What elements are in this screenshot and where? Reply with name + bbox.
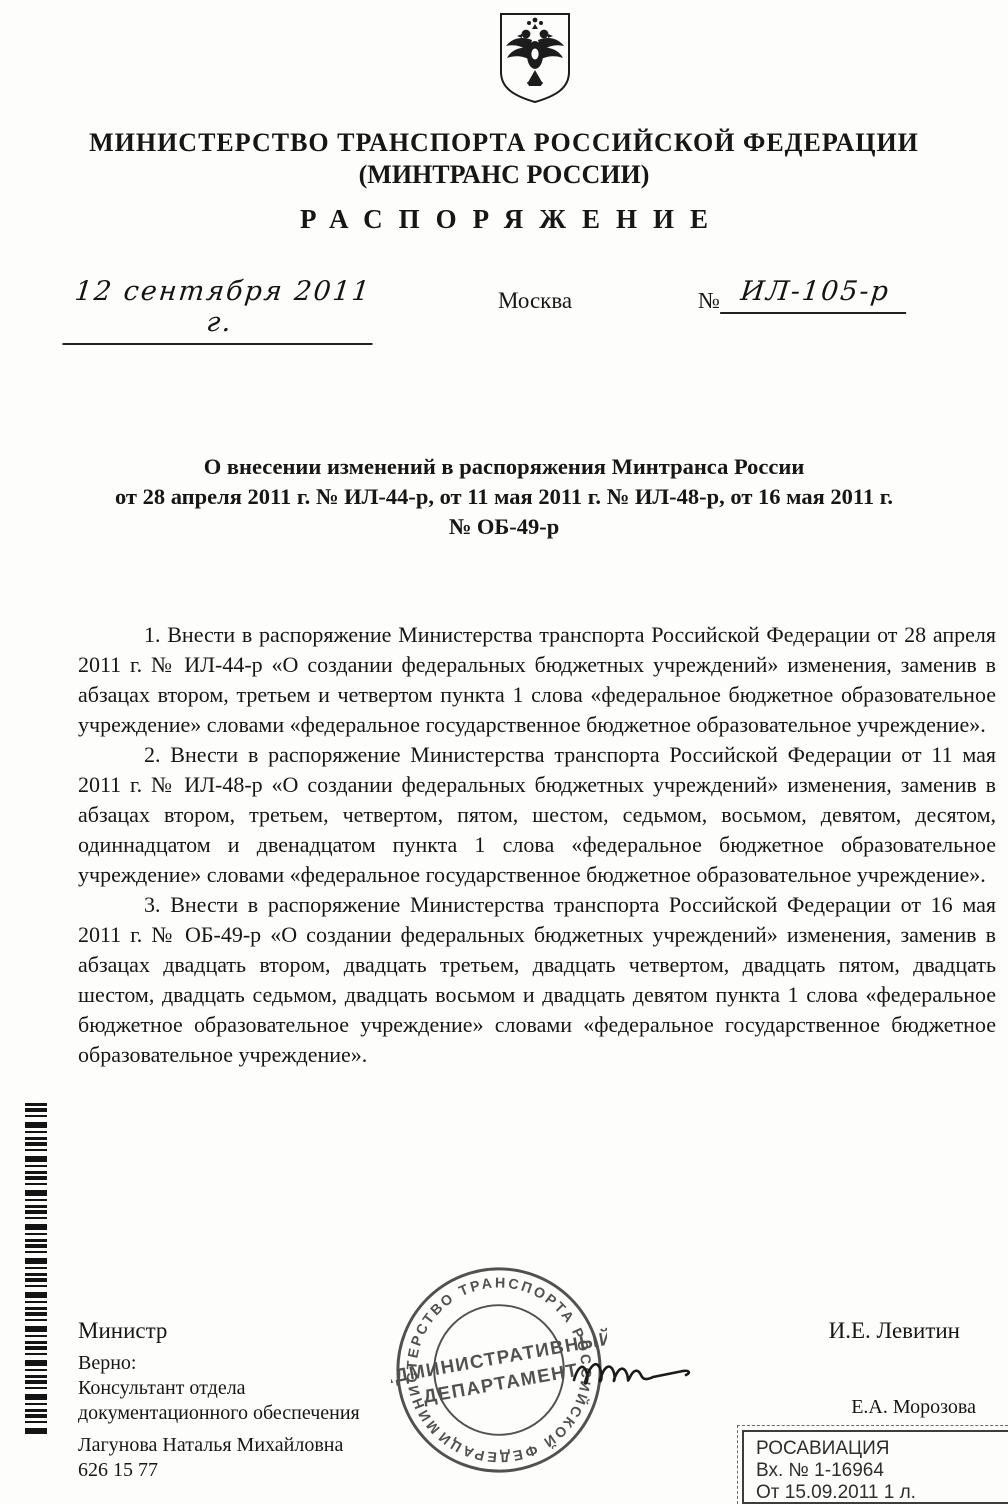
minister-name: И.Е. Левитин [829,1318,960,1344]
certifier-name: Е.А. Морозова [851,1396,976,1419]
reg-incoming-number: Вх. № 1-16964 [756,1460,1004,1482]
verno-label: Верно: [78,1352,136,1375]
document-body: 1. Внести в распоряжение Министерства тр… [78,620,996,1070]
handwritten-date: 12 сентября 2011 г. [62,276,379,345]
incoming-registration-stamp: РОСАВИАЦИЯ Вх. № 1-16964 От 15.09.2011 1… [742,1430,1008,1504]
minister-title: Министр [78,1318,167,1344]
consultant-title: Консультант отдела документационного обе… [78,1376,408,1426]
ministry-short-name: (МИНТРАНС РОССИИ) [0,160,1008,190]
handwritten-signature [570,1332,720,1412]
reg-org-name: РОСАВИАЦИЯ [756,1438,1004,1460]
russian-coat-of-arms-icon [496,10,574,106]
handwritten-doc-number: ИЛ-105-р [720,276,910,314]
title-line-2: от 28 апреля 2011 г. № ИЛ-44-р, от 11 ма… [54,482,954,512]
paragraph-1: 1. Внести в распоряжение Министерства тр… [78,620,996,740]
signature-stroke [574,1364,689,1383]
clerk-name: Лагунова Наталья Михайловна [78,1434,343,1457]
paragraph-2: 2. Внести в распоряжение Министерства тр… [78,740,996,890]
document-type-heading: РАСПОРЯЖЕНИЕ [0,204,1008,235]
title-line-3: № ОБ-49-р [54,512,954,542]
reg-date: От 15.09.2011 1 л. [756,1482,1004,1504]
scanned-document-page: МИНИСТЕРСТВО ТРАНСПОРТА РОССИЙСКОЙ ФЕДЕР… [0,0,1008,1504]
vertical-barcode [25,1103,47,1437]
paragraph-3: 3. Внести в распоряжение Министерства тр… [78,890,996,1070]
document-title: О внесении изменений в распоряжения Минт… [54,452,954,542]
number-sign: № [698,288,720,314]
title-line-1: О внесении изменений в распоряжения Минт… [54,452,954,482]
eagle-chest-shield [531,49,538,60]
ministry-name: МИНИСТЕРСТВО ТРАНСПОРТА РОССИЙСКОЙ ФЕДЕР… [0,128,1008,158]
clerk-phone: 626 15 77 [78,1459,158,1482]
city-label: Москва [498,288,572,314]
